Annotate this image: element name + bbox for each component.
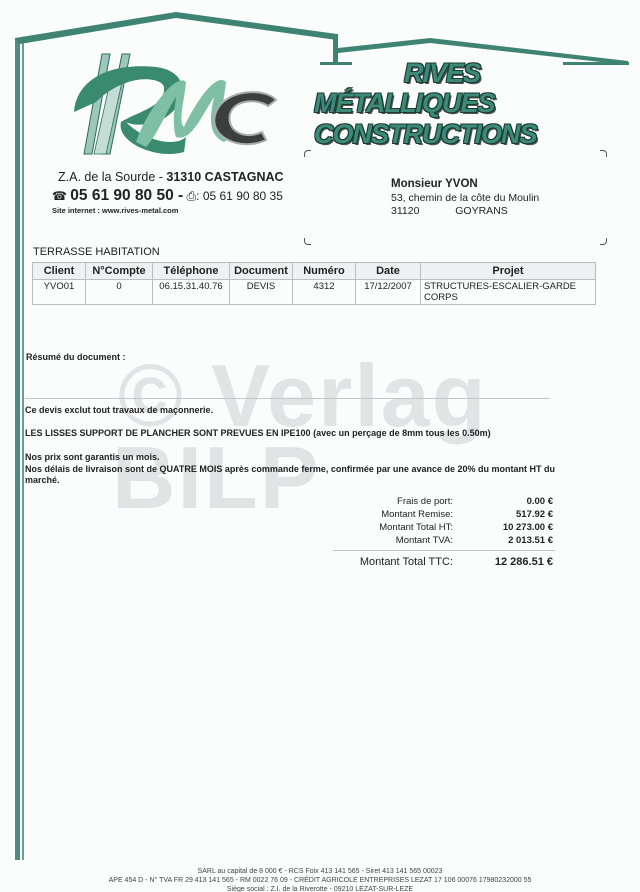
company-phone: 05 61 90 80 50 - xyxy=(70,187,183,204)
total-label-shipping: Frais de port: xyxy=(397,496,453,507)
header-document: Document xyxy=(230,263,293,280)
total-label-ht: Montant Total HT: xyxy=(379,522,453,533)
divider xyxy=(25,398,550,399)
window-corner xyxy=(304,238,311,245)
footer-legal-line2: APE 454 D - N° TVA FR 29 413 141 565 - R… xyxy=(0,877,640,884)
fax-icon: ⎙ xyxy=(187,189,197,203)
document-info-table: Client N°Compte Téléphone Document Numér… xyxy=(32,262,596,305)
recipient-city: GOYRANS xyxy=(455,205,508,217)
total-value-ttc: 12 286.51 € xyxy=(495,556,553,568)
cell-document: DEVIS xyxy=(230,280,293,305)
company-address: Z.A. de la Sourde - 31310 CASTAGNAC xyxy=(58,170,284,184)
note-floor-supports: LES LISSES SUPPORT DE PLANCHER SONT PREV… xyxy=(25,428,491,440)
table-row: YVO01 0 06.15.31.40.76 DEVIS 4312 17/12/… xyxy=(33,280,596,305)
total-value-discount: 517.92 € xyxy=(516,509,553,520)
header-projet: Projet xyxy=(421,263,596,280)
address-postal: 31310 CASTAGNAC xyxy=(166,170,283,184)
cell-telephone: 06.15.31.40.76 xyxy=(153,280,230,305)
watermark-line1: © Verlag xyxy=(118,352,487,440)
footer-legal-line1: SARL au capital de 8 000 € - RCS Foix 41… xyxy=(0,868,640,875)
cell-projet: STRUCTURES-ESCALIER-GARDE CORPS xyxy=(421,280,596,305)
recipient-name: Monsieur YVON xyxy=(391,178,539,192)
company-fax: : 05 61 90 80 35 xyxy=(196,189,283,203)
note-terms: Nos prix sont garantis un mois. Nos déla… xyxy=(25,452,565,487)
recipient-address: Monsieur YVON 53, chemin de la côte du M… xyxy=(391,178,539,219)
note-masonry: Ce devis exclut tout travaux de maçonner… xyxy=(25,405,213,417)
company-website: Site internet : www.rives-metal.com xyxy=(52,206,178,215)
total-label-discount: Montant Remise: xyxy=(381,509,453,520)
table-header-row: Client N°Compte Téléphone Document Numér… xyxy=(33,263,596,280)
company-phone-line: ☎ 05 61 90 80 50 - ⎙: 05 61 90 80 35 xyxy=(52,187,283,205)
total-label-tva: Montant TVA: xyxy=(396,535,453,546)
rmc-logo xyxy=(66,42,286,160)
note-price-guarantee: Nos prix sont garantis un mois. xyxy=(25,452,565,464)
header-numero: Numéro xyxy=(293,263,356,280)
phone-icon: ☎ xyxy=(52,189,67,203)
recipient-street: 53, chemin de la côte du Moulin xyxy=(391,192,539,206)
header-compte: N°Compte xyxy=(86,263,153,280)
total-value-tva: 2 013.51 € xyxy=(508,535,553,546)
header-client: Client xyxy=(33,263,86,280)
brand-name-rives: RIVES xyxy=(404,58,480,89)
recipient-postal-code: 31120 xyxy=(391,205,419,217)
summary-label: Résumé du document : xyxy=(26,352,126,362)
recipient-city-line: 31120 GOYRANS xyxy=(391,205,539,219)
total-value-shipping: 0.00 € xyxy=(527,496,553,507)
window-corner xyxy=(304,150,311,157)
note-delivery: Nos délais de livraison sont de QUATRE M… xyxy=(25,464,565,487)
cell-date: 17/12/2007 xyxy=(356,280,421,305)
header-telephone: Téléphone xyxy=(153,263,230,280)
brand-name-subtitle: MÉTALLIQUES CONSTRUCTIONS xyxy=(314,88,640,150)
window-corner xyxy=(600,150,607,157)
total-value-ht: 10 273.00 € xyxy=(503,522,553,533)
header-date: Date xyxy=(356,263,421,280)
cell-compte: 0 xyxy=(86,280,153,305)
address-street: Z.A. de la Sourde - xyxy=(58,170,166,184)
cell-numero: 4312 xyxy=(293,280,356,305)
section-title: TERRASSE HABITATION xyxy=(33,246,160,258)
total-label-ttc: Montant Total TTC: xyxy=(360,556,453,568)
cell-client: YVO01 xyxy=(33,280,86,305)
footer-legal-line3: Siège social : Z.I. de la Riverotte - 09… xyxy=(0,886,640,892)
totals-divider xyxy=(333,550,555,551)
